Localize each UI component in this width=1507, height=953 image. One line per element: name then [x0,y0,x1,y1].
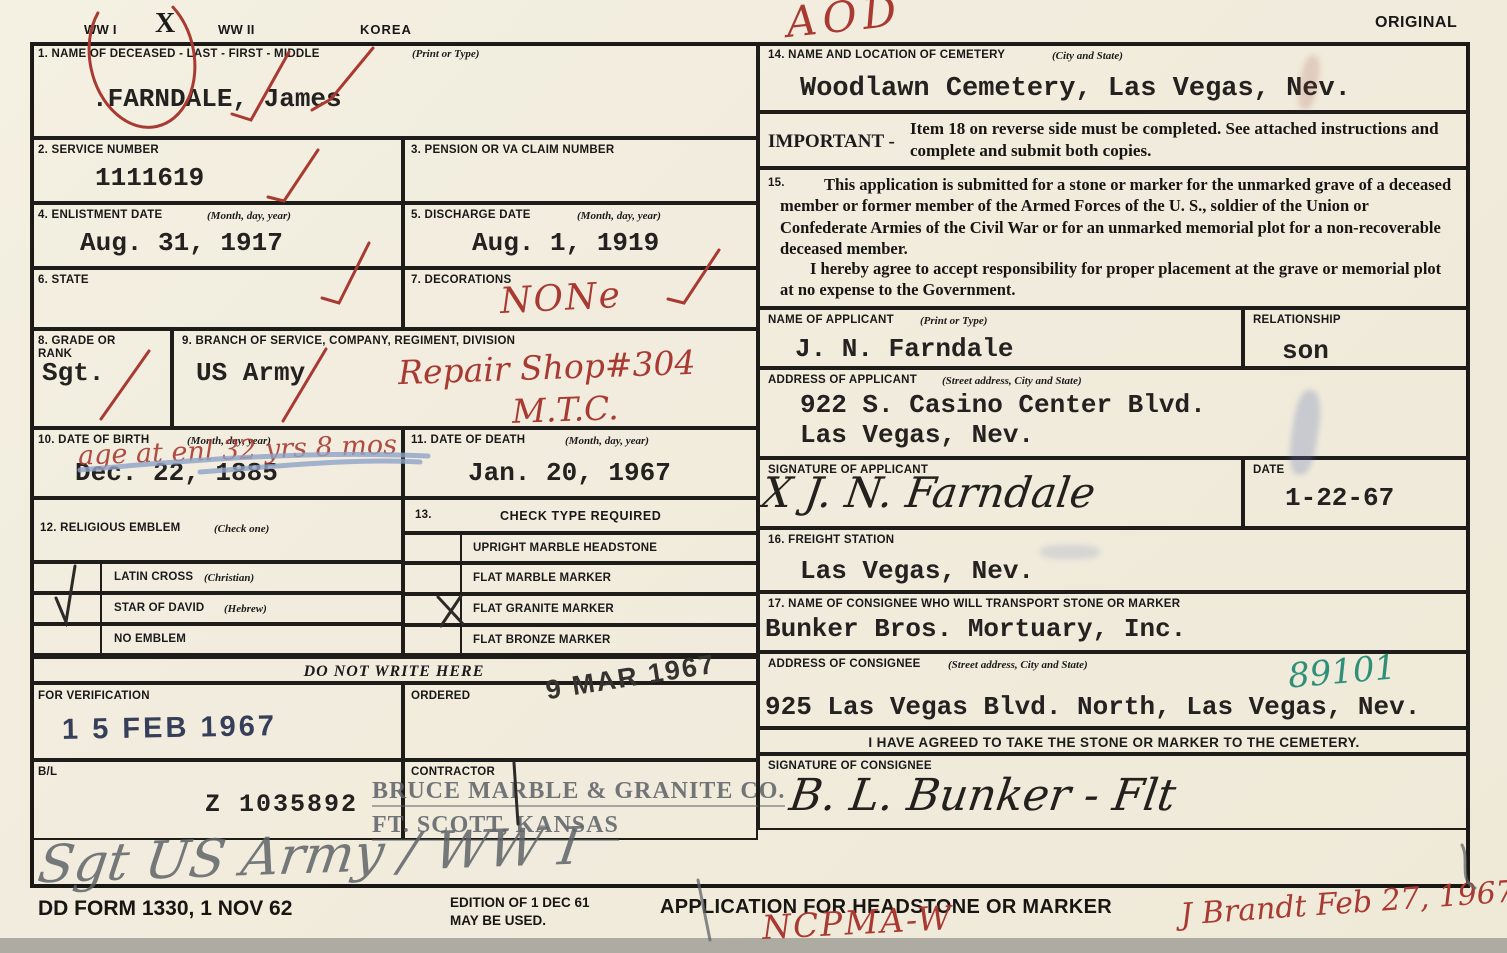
important-text: Item 18 on reverse side must be complete… [910,118,1450,162]
box-13-check-type-header: 13. CHECK TYPE REQUIRED [403,498,758,533]
box-6-state: 6. STATE [30,268,403,329]
emblem-row-latin-cross: LATIN CROSS (Christian) [30,562,403,593]
box-3-pension-claim: 3. PENSION OR VA CLAIM NUMBER [403,138,758,203]
service-number-value: 1111619 [95,163,204,193]
box-15-paragraph-2: I hereby agree to accept responsibility … [780,258,1452,301]
applicant-name-hint: (Print or Type) [920,315,987,327]
marker-checkbox-flat-granite [405,596,462,623]
applicant-address-hint: (Street address, City and State) [942,375,1082,387]
applicant-address-line2: Las Vegas, Nev. [800,420,1034,450]
emblem-hint-latin-cross: (Christian) [204,572,254,584]
consignee-signature-value: B. L. Bunker - Flt [786,770,1179,821]
box-12-label: 12. RELIGIOUS EMBLEM [40,522,180,534]
decorations-handwritten: NONe [499,275,623,322]
marker-row-upright-marble: UPRIGHT MARBLE HEADSTONE [403,533,758,563]
emblem-checkbox-latin-cross [32,564,102,591]
box-11-hint: (Month, day, year) [565,435,649,447]
cemetery-value: Woodlawn Cemetery, Las Vegas, Nev. [800,74,1351,104]
bl-label: B/L [38,766,57,778]
marker-label-flat-marble: FLAT MARBLE MARKER [473,572,611,584]
box-1-hint: (Print or Type) [412,48,479,60]
applicant-address-label: ADDRESS OF APPLICANT [768,374,917,386]
contractor-label: CONTRACTOR [411,766,495,778]
war-label-ww1: WW I [84,22,117,37]
emblem-label-star-of-david: STAR OF DAVID [114,602,204,614]
war-label-korea: KOREA [360,22,412,37]
box-5-label: 5. DISCHARGE DATE [411,209,531,221]
consignee-address-label: ADDRESS OF CONSIGNEE [768,658,921,670]
important-band: IMPORTANT - Item 18 on reverse side must… [758,112,1470,168]
edition-note-line1: EDITION OF 1 DEC 61 [450,895,590,910]
war-x-mark: X [155,8,175,40]
marker-row-flat-granite: FLAT GRANITE MARKER [403,594,758,625]
ordered-label: ORDERED [411,690,470,702]
edition-note-line2: MAY BE USED. [450,913,546,928]
discharge-date-value: Aug. 1, 1919 [472,228,659,258]
marker-checkbox-flat-bronze [405,627,462,653]
agreement-band: I HAVE AGREED TO TAKE THE STONE OR MARKE… [758,728,1470,754]
box-4-hint: (Month, day, year) [207,210,291,222]
scanned-form-dd1330: WW I X WW II KOREA ORIGINAL AOD 1. NAME … [0,0,1507,953]
box-13-number: 13. [415,509,432,521]
enlistment-date-value: Aug. 31, 1917 [80,228,283,258]
applicant-name-label: NAME OF APPLICANT [768,314,894,326]
date-label: DATE [1253,464,1284,476]
box-2-service-number: 2. SERVICE NUMBER [30,138,403,203]
marker-label-flat-granite: FLAT GRANITE MARKER [473,603,614,615]
emblem-label-latin-cross: LATIN CROSS [114,571,193,583]
emblem-hint-star-of-david: (Hebrew) [224,603,267,615]
box-relationship: RELATIONSHIP [1243,308,1470,368]
emblem-row-no-emblem: NO EMBLEM [30,624,403,655]
applicant-address-line1: 922 S. Casino Center Blvd. [800,390,1206,420]
box-15-certification: 15. This application is submitted for a … [758,168,1470,308]
applicant-name-value: J. N. Farndale [795,334,1013,364]
box-9-label: 9. BRANCH OF SERVICE, COMPANY, REGIMENT,… [182,335,515,347]
box-14-hint: (City and State) [1052,50,1123,62]
branch-handwritten-2: M.T.C. [511,388,619,431]
marker-row-flat-marble: FLAT MARBLE MARKER [403,563,758,594]
box-5-hint: (Month, day, year) [577,210,661,222]
box-15-paragraph-1: This application is submitted for a ston… [780,174,1452,260]
box-13-title: CHECK TYPE REQUIRED [500,509,661,523]
consignee-address-hint: (Street address, City and State) [948,659,1088,671]
box-7-label: 7. DECORATIONS [411,274,511,286]
branch-value: US Army [196,358,305,388]
marker-label-flat-bronze: FLAT BRONZE MARKER [473,634,611,646]
box-6-label: 6. STATE [38,274,89,286]
box-11-label: 11. DATE OF DEATH [411,434,525,446]
consignee-address-value: 925 Las Vegas Blvd. North, Las Vegas, Ne… [765,692,1420,722]
verification-date-stamp: 1 5 FEB 1967 [62,710,277,747]
date-value: 1-22-67 [1285,483,1394,513]
original-label: ORIGINAL [1375,14,1457,32]
marker-label-upright-marble: UPRIGHT MARBLE HEADSTONE [473,542,657,554]
relationship-value: son [1282,336,1329,366]
contractor-stamp-line1: BRUCE MARBLE & GRANITE CO. [372,778,785,807]
box-2-label: 2. SERVICE NUMBER [38,144,159,156]
emblem-label-no-emblem: NO EMBLEM [114,633,186,645]
box-1-label: 1. NAME OF DECEASED - LAST - FIRST - MID… [38,48,320,60]
box-16-label: 16. FREIGHT STATION [768,534,894,546]
applicant-signature-value: X J. N. Farndale [759,468,1099,517]
box-12-religious-emblem: 12. RELIGIOUS EMBLEM (Check one) [30,498,403,562]
deceased-name-value: .FARNDALE, James [92,84,342,114]
important-label: IMPORTANT - [768,131,895,153]
box-14-label: 14. NAME AND LOCATION OF CEMETERY [768,49,1005,61]
box-8-label: 8. GRADE OR RANK [38,335,128,360]
war-label-ww2: WW II [218,22,255,37]
date-of-death-value: Jan. 20, 1967 [468,458,671,488]
emblem-checkbox-no-emblem [32,626,102,653]
grade-rank-value: Sgt. [42,358,104,388]
box-4-label: 4. ENLISTMENT DATE [38,209,162,221]
marker-checkbox-upright-marble [405,535,462,561]
emblem-row-star-of-david: STAR OF DAVID (Hebrew) [30,593,403,624]
consignee-name-value: Bunker Bros. Mortuary, Inc. [765,614,1186,644]
relationship-label: RELATIONSHIP [1253,314,1341,326]
form-number: DD FORM 1330, 1 NOV 62 [38,897,292,921]
agreement-text: I HAVE AGREED TO TAKE THE STONE OR MARKE… [760,735,1468,750]
bl-value: Z 1035892 [205,790,358,819]
box-3-label: 3. PENSION OR VA CLAIM NUMBER [411,144,614,156]
box-12-hint: (Check one) [214,523,269,535]
marker-checkbox-flat-marble [405,565,462,592]
box-17-label: 17. NAME OF CONSIGNEE WHO WILL TRANSPORT… [768,598,1180,610]
emblem-checkbox-star-of-david [32,595,102,622]
verification-label: FOR VERIFICATION [38,690,150,702]
freight-station-value: Las Vegas, Nev. [800,556,1034,586]
